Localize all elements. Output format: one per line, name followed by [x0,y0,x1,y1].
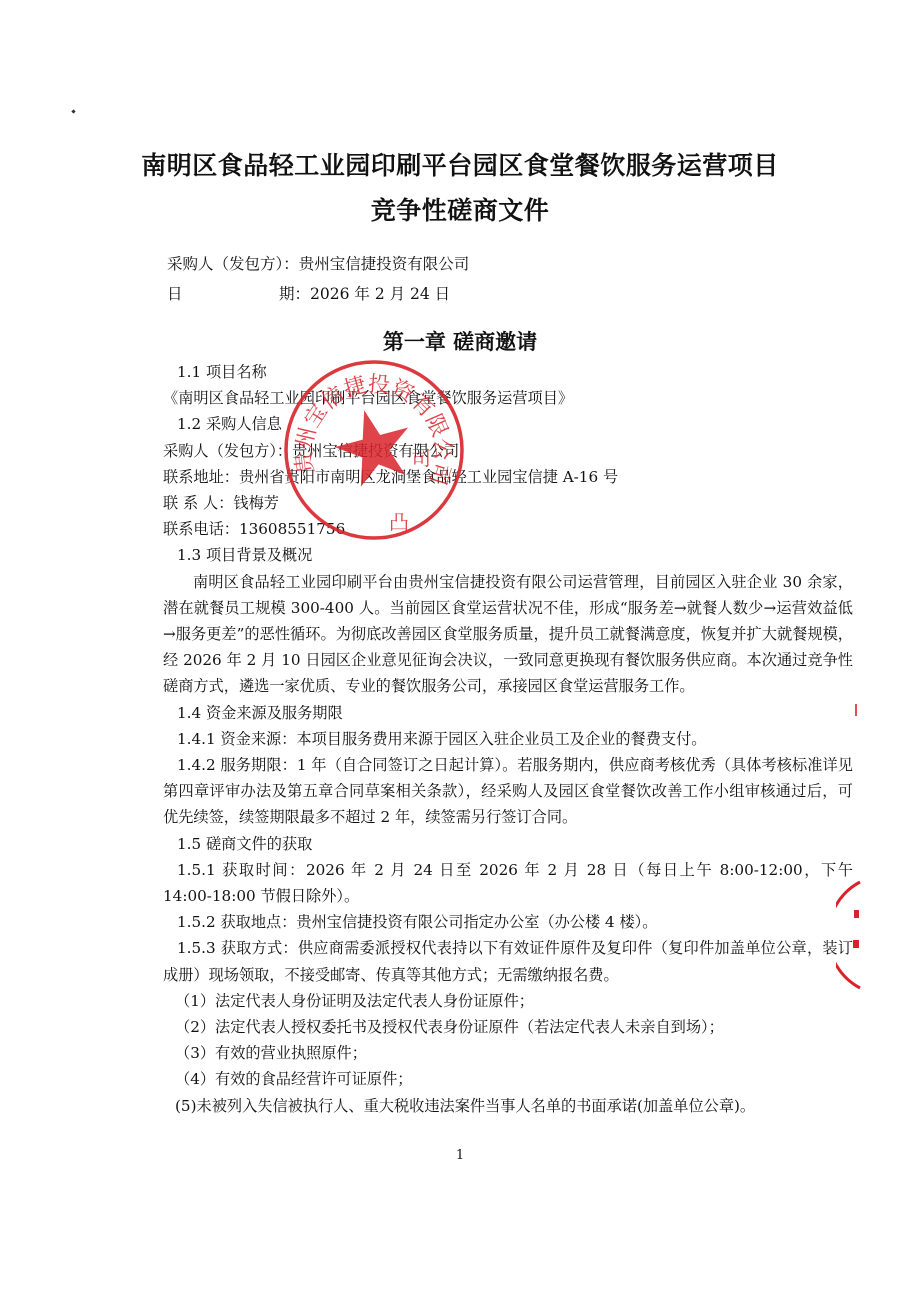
section-1-5-2: 1.5.2 获取地点：贵州宝信捷投资有限公司指定办公室（办公楼 4 楼）。 [163,909,853,935]
list-item: （3）有效的营业执照原件； [163,1040,853,1066]
project-name: 《南明区食品轻工业园印刷平台园区食堂餐饮服务运营项目》 [163,385,853,411]
contact-address: 联系地址：贵州省贵阳市南明区龙洞堡食品轻工业园宝信捷 A-16 号 [163,464,853,490]
purchaser-line: 采购人（发包方）：贵州宝信捷投资有限公司 [167,252,469,274]
date-line: 日期：2026 年 2 月 24 日 [167,282,450,304]
page-number: 1 [0,1148,920,1163]
section-1-4-1: 1.4.1 资金来源：本项目服务费用来源于园区入驻企业员工及企业的餐费支付。 [163,726,853,752]
purchaser-label: 采购人（发包方）： [167,255,299,273]
purchaser-value: 贵州宝信捷投资有限公司 [299,255,470,273]
chapter-title: 第一章 磋商邀请 [0,326,920,356]
section-1-1-heading: 1.1 项目名称 [163,359,853,385]
list-item: （2）法定代表人授权委托书及授权代表身份证原件（若法定代表人未亲自到场）； [163,1014,853,1040]
section-1-2-heading: 1.2 采购人信息 [163,411,853,437]
section-1-5-3: 1.5.3 获取方式：供应商需委派授权代表持以下有效证件原件及复印件（复印件加盖… [163,935,853,987]
section-1-5-heading: 1.5 磋商文件的获取 [163,831,853,857]
list-item: (5)未被列入失信被执行人、重大税收违法案件当事人名单的书面承诺(加盖单位公章)… [163,1093,853,1119]
document-title: 南明区食品轻工业园印刷平台园区食堂餐饮服务运营项目 [0,146,920,182]
edge-seal-mark [855,704,857,716]
list-item: （4）有效的食品经营许可证原件； [163,1066,853,1092]
document-page: 南明区食品轻工业园印刷平台园区食堂餐饮服务运营项目 竞争性磋商文件 采购人（发包… [0,0,920,1301]
document-body: 1.1 项目名称 《南明区食品轻工业园印刷平台园区食堂餐饮服务运营项目》 1.2… [163,359,853,1119]
contact-phone: 联系电话：13608551756 [163,516,853,542]
section-1-3-heading: 1.3 项目背景及概况 [163,542,853,568]
document-subtitle: 竞争性磋商文件 [0,191,920,227]
date-label-b: 期： [279,285,310,303]
date-label-a: 日 [167,282,279,304]
scan-speck [71,109,75,113]
purchaser-info: 采购人（发包方）：贵州宝信捷投资有限公司 [163,438,853,464]
date-value: 2026 年 2 月 24 日 [310,285,450,303]
section-1-4-2: 1.4.2 服务期限：1 年（自合同签订之日起计算）。若服务期内，供应商考核优秀… [163,752,853,831]
section-1-4-heading: 1.4 资金来源及服务期限 [163,700,853,726]
section-1-5-1: 1.5.1 获取时间：2026 年 2 月 24 日至 2026 年 2 月 2… [163,857,853,909]
list-item: （1）法定代表人身份证明及法定代表人身份证原件； [163,988,853,1014]
contact-person: 联 系 人：钱梅芳 [163,490,853,516]
project-background-paragraph: 南明区食品轻工业园印刷平台由贵州宝信捷投资有限公司运营管理，目前园区入驻企业 3… [163,569,853,700]
